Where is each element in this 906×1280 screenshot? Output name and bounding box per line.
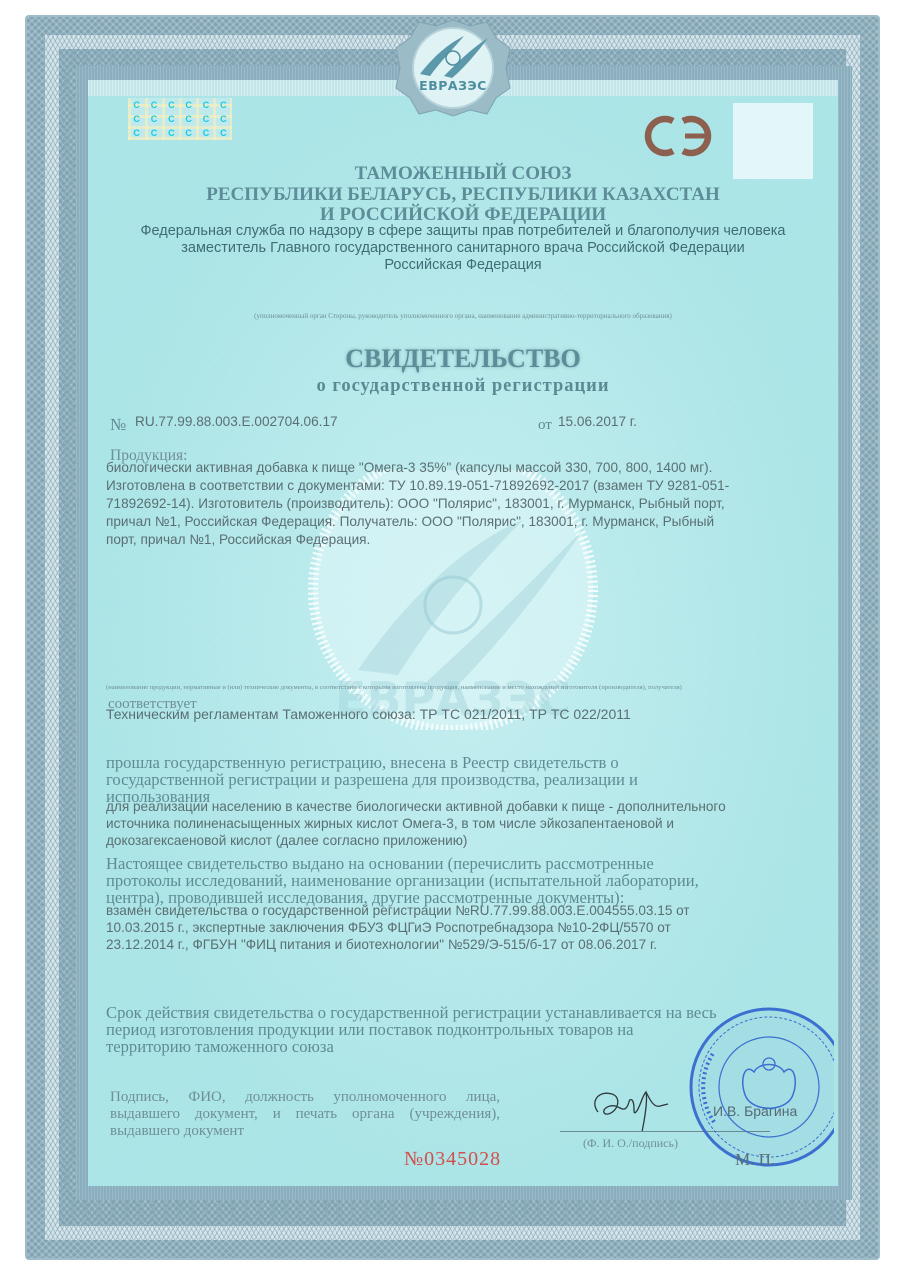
emblem-label: ЕВРАЗЭС — [392, 78, 514, 93]
authority-line2: заместитель Главного государственного са… — [88, 240, 838, 256]
eurasec-emblem-icon — [392, 18, 514, 118]
compliance-value: Техническим регламентам Таможенного союз… — [106, 706, 631, 722]
hologram-glyph: C — [197, 126, 214, 140]
seal-placement-label: М. П. — [735, 1150, 775, 1170]
hologram-glyph: C — [180, 98, 197, 112]
signature-instruction-line: Подпись, ФИО, должность уполномоченного … — [110, 1089, 500, 1106]
hologram-glyph: C — [197, 98, 214, 112]
basis-line: протоколы исследований, наименование орг… — [106, 872, 800, 889]
usage-line: докозагексаеновой кислот (далее согласно… — [106, 833, 467, 848]
usage-line: источника полиненасыщенных жирных кислот… — [106, 816, 674, 831]
hologram-glyph: C — [128, 112, 145, 126]
hologram-glyph: C — [197, 112, 214, 126]
product-line: Изготовлена в соответствии с документами… — [106, 478, 729, 493]
hologram-glyph: C — [163, 112, 180, 126]
official-seal-stamp-icon — [684, 1002, 834, 1172]
registration-line: государственной регистрации и разрешена … — [106, 771, 800, 788]
hologram-glyph: C — [145, 98, 162, 112]
signature-instruction-line: выдавшего документ, и печать органа (учр… — [110, 1106, 500, 1123]
date-label: от — [538, 417, 552, 434]
authority-line3: Российская Федерация — [88, 257, 838, 273]
product-line: биологически активная добавка к пище "Ом… — [106, 460, 712, 475]
signature-instruction-line: выдавшего документ — [110, 1123, 244, 1140]
header-title-line2: РЕСПУБЛИКИ БЕЛАРУСЬ, РЕСПУБЛИКИ КАЗАХСТА… — [88, 184, 838, 206]
usage-line: для реализации населению в качестве биол… — [106, 799, 726, 814]
certificate-title: СВИДЕТЕЛЬСТВО — [88, 344, 838, 374]
hologram-glyph: C — [128, 126, 145, 140]
hologram-glyph: C — [163, 126, 180, 140]
product-line: 71892692-14). Изготовитель (производител… — [106, 496, 725, 511]
hologram-glyph: C — [145, 126, 162, 140]
hologram-glyph: C — [215, 112, 232, 126]
product-caption: (наименование продукции, нормативные и (… — [106, 684, 682, 691]
eac-conformity-mark-icon — [643, 113, 715, 159]
basis-document-line: взамен свидетельства о государственной р… — [106, 903, 690, 918]
certificate-date: 15.06.2017 г. — [558, 414, 637, 429]
hologram-glyph: C — [128, 98, 145, 112]
signer-caption: (Ф. И. О./подпись) — [583, 1136, 678, 1151]
number-label: № — [110, 415, 126, 435]
authority-caption: (уполномоченный орган Стороны, руководит… — [88, 312, 838, 320]
basis-document-line: 23.12.2014 г., ФГБУН "ФИЦ питания и биот… — [106, 937, 657, 952]
hologram-security-patch: C C C C C C C C C C C C C C C C C C — [128, 98, 232, 140]
certificate-number: RU.77.99.88.003.E.002704.06.17 — [135, 414, 338, 429]
authority-line1: Федеральная служба по надзору в сфере за… — [88, 223, 838, 239]
handwritten-signature-icon — [588, 1082, 672, 1134]
hologram-glyph: C — [180, 112, 197, 126]
hologram-glyph: C — [215, 98, 232, 112]
hologram-glyph: C — [215, 126, 232, 140]
basis-line: Настоящее свидетельство выдано на основа… — [106, 855, 800, 872]
header-title-line1: ТАМОЖЕННЫЙ СОЮЗ — [88, 163, 838, 185]
registration-line: прошла государственную регистрацию, внес… — [106, 754, 800, 771]
form-serial-number: №0345028 — [404, 1148, 501, 1171]
basis-document-line: 10.03.2015 г., экспертные заключения ФБУ… — [106, 920, 671, 935]
hologram-glyph: C — [145, 112, 162, 126]
certificate-subtitle: о государственной регистрации — [88, 376, 838, 397]
hologram-glyph: C — [163, 98, 180, 112]
hologram-glyph: C — [180, 126, 197, 140]
product-line: причал №1, Российская Федерация. Получат… — [106, 514, 714, 529]
product-line: порт, причал №1, Российская Федерация. — [106, 532, 370, 547]
eurasec-emblem: ЕВРАЗЭС — [392, 18, 514, 118]
